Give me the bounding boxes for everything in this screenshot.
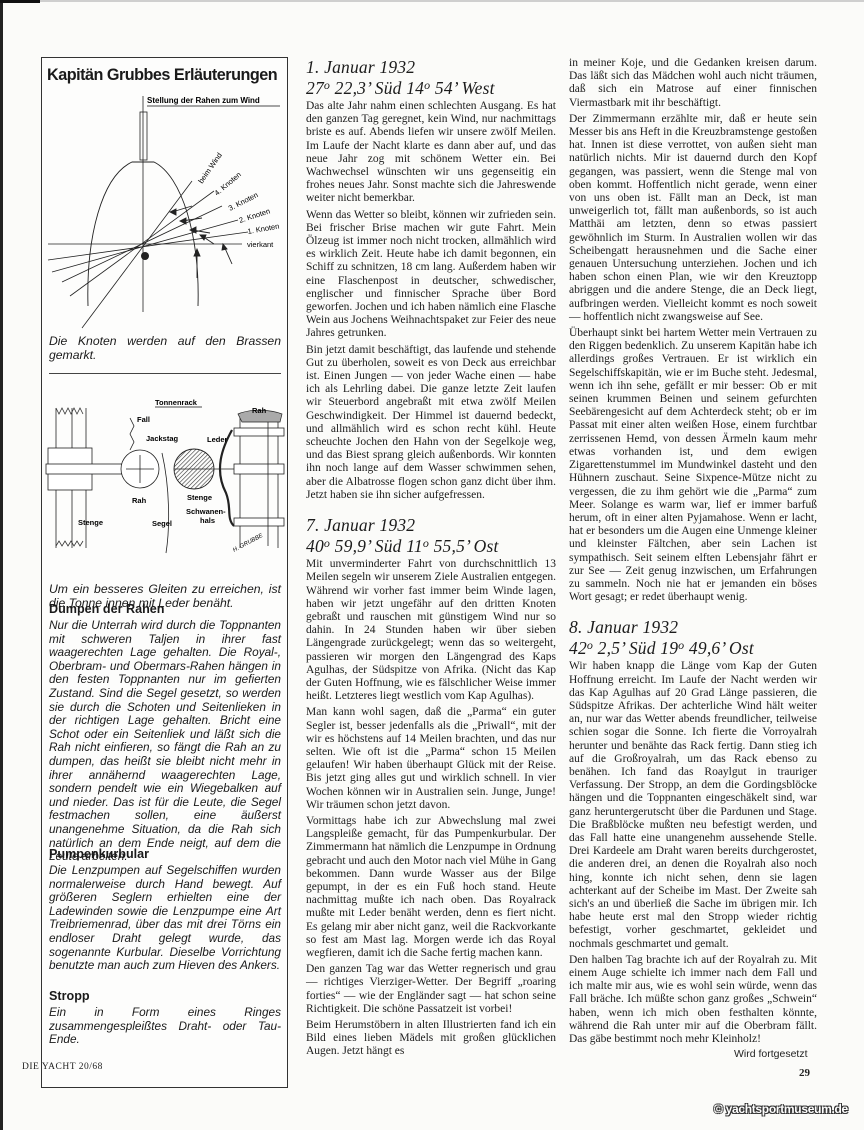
diagram2-title: Tonnenrack <box>155 398 198 407</box>
paragraph: Der Zimmermann erzählte mir, daß er heut… <box>569 113 817 324</box>
label-beim-wind: beim Wind <box>196 151 224 185</box>
paragraph: Überhaupt sinkt bei hartem Wetter mein V… <box>569 327 817 604</box>
entry-position: 42o 2,5’ Süd 19o 49,6’ Ost <box>569 636 817 657</box>
label-rah-left: Rah <box>132 496 147 505</box>
paragraph: Den ganzen Tag war das Wetter regnerisch… <box>306 963 556 1016</box>
glossary-definition-pumpenkurbular: Die Lenzpumpen auf Segelschiffen wurden … <box>49 864 281 973</box>
paragraph: Beim Herumstöbern in alten Illustrierten… <box>306 1019 556 1059</box>
entry-heading-jan-8: 8. Januar 1932 42o 2,5’ Süd 19o 49,6’ Os… <box>569 618 817 657</box>
paragraph: in meiner Koje, und die Gedanken kreisen… <box>569 57 817 110</box>
label-3-knoten: 3. Knoten <box>227 190 260 213</box>
page-number: 29 <box>799 1067 810 1079</box>
label-stenge-left: Stenge <box>78 518 103 527</box>
label-jackstag: Jackstag <box>146 434 179 443</box>
page-edge <box>0 0 864 2</box>
paragraph: Man kann wohl sagen, daß die „Parma“ ein… <box>306 706 556 812</box>
label-2-knoten: 2. Knoten <box>238 206 271 224</box>
glossary-term-pumpenkurbular: Pumpenkurbular <box>49 847 149 861</box>
entry-date: 7. Januar 1932 <box>306 516 556 534</box>
entry-heading-jan-1: 1. Januar 1932 27o 22,3’ Süd 14o 54’ Wes… <box>306 58 556 97</box>
divider <box>49 373 281 374</box>
entry-heading-jan-7: 7. Januar 1932 40o 59,9’ Süd 11o 55,5’ O… <box>306 516 556 555</box>
label-rah-right: Rah <box>252 406 267 415</box>
paragraph: Den halben Tag brachte ich auf der Royal… <box>569 954 817 1046</box>
illustrator-signature: H. GRUBBE <box>232 533 265 554</box>
paragraph: Wenn das Wetter so bleibt, können wir zu… <box>306 209 556 341</box>
label-schwanenhals-2: hals <box>200 516 215 525</box>
article-column-middle: 1. Januar 1932 27o 22,3’ Süd 14o 54’ Wes… <box>306 58 556 1062</box>
glossary-term-dumpen: Dumpen der Rahen <box>49 602 164 616</box>
label-fall: Fall <box>137 415 150 424</box>
paragraph: Bin jetzt damit beschäftigt, das laufend… <box>306 344 556 502</box>
glossary-definition-stropp: Ein in Form eines Ringes zusammengesplei… <box>49 1006 281 1047</box>
glossary-sidebar: Kapitän Grubbes Erläuterungen Stellung d… <box>41 57 288 1088</box>
diagram1-title: Stellung der Rahen zum Wind <box>147 96 260 105</box>
label-leder: Leder <box>207 435 228 444</box>
glossary-term-stropp: Stropp <box>49 989 90 1003</box>
label-4-knoten: 4. Knoten <box>213 170 243 198</box>
paragraph: Vormittags habe ich zur Abwechslung mal … <box>306 815 556 960</box>
continued-note: Wird fortgesetzt <box>734 1048 808 1060</box>
sidebar-title: Kapitän Grubbes Erläuterungen <box>47 66 277 85</box>
article-column-right: in meiner Koje, und die Gedanken kreisen… <box>569 57 817 1049</box>
label-vierkant: vierkant <box>247 240 274 249</box>
publication-footer: DIE YACHT 20/68 <box>22 1062 103 1072</box>
paragraph: Mit unverminderter Fahrt von durchschnit… <box>306 558 556 703</box>
page-corner <box>0 0 40 3</box>
label-stenge-right: Stenge <box>187 493 212 502</box>
glossary-definition-dumpen: Nur die Unterrah wird durch die Toppnant… <box>49 619 281 864</box>
paragraph: Wir haben knapp die Länge vom Kap der Gu… <box>569 660 817 950</box>
label-segel: Segel <box>152 519 172 528</box>
copyright-watermark: © yachtsportmuseum.de <box>714 1102 848 1116</box>
yard-positions-diagram: Stellung der Rahen zum Wind beim Wind <box>42 96 289 336</box>
entry-position: 27o 22,3’ Süd 14o 54’ West <box>306 76 556 97</box>
paragraph: Das alte Jahr nahm einen schlechten Ausg… <box>306 100 556 206</box>
label-1-knoten: 1. Knoten <box>247 222 280 236</box>
label-schwanenhals-1: Schwanen- <box>186 507 226 516</box>
entry-date: 1. Januar 1932 <box>306 58 556 76</box>
entry-date: 8. Januar 1932 <box>569 618 817 636</box>
page-binding-edge <box>0 0 3 1130</box>
tonnenrack-diagram: Tonnenrack <box>42 378 289 578</box>
entry-position: 40o 59,9’ Süd 11o 55,5’ Ost <box>306 534 556 555</box>
diagram1-caption: Die Knoten werden auf den Brassen gemark… <box>49 334 281 362</box>
